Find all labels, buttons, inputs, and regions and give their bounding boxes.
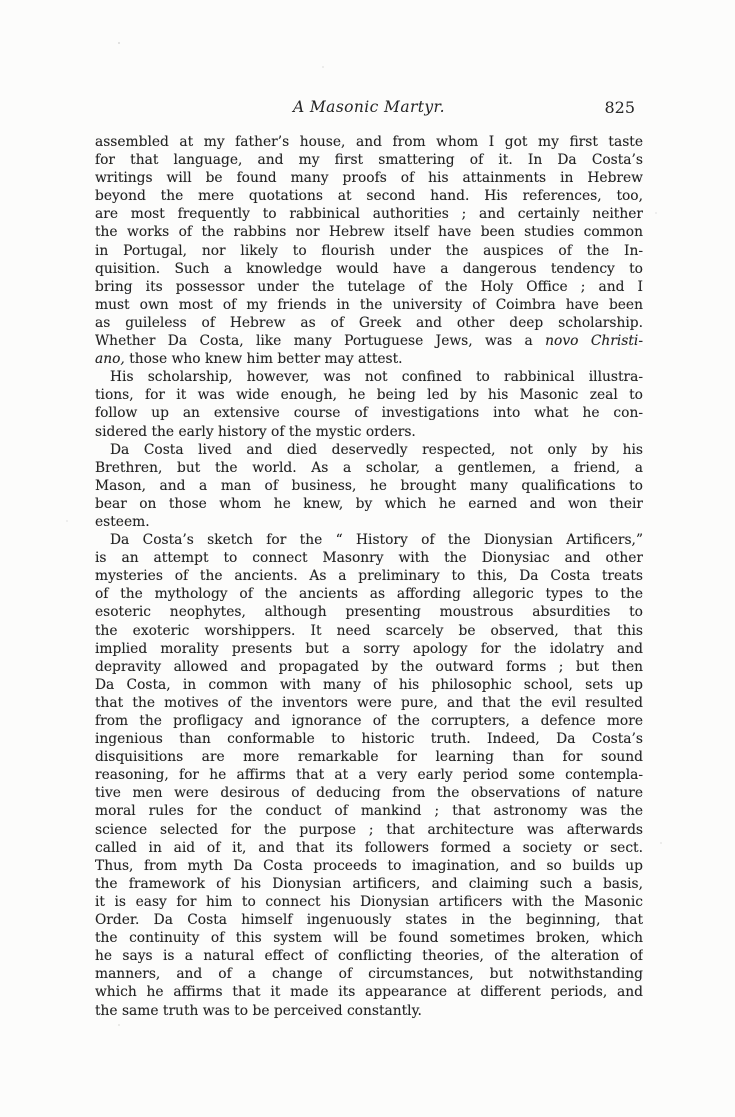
text-line: of the mythology of the ancients as affo… (95, 585, 643, 603)
text-line: in Portugal, nor likely to flourish unde… (95, 242, 643, 260)
paragraph: His scholarship, however, was not confin… (95, 368, 643, 440)
text-line: moral rules for the conduct of mankind ;… (95, 802, 643, 820)
scan-speck (118, 42, 120, 44)
paragraph: assembled at my father’s house, and from… (95, 133, 643, 368)
paragraph: Da Costa lived and died deservedly respe… (95, 441, 643, 531)
text-line: bring its possessor under the tutelage o… (95, 278, 643, 296)
text-line: Order. Da Costa himself ingenuously stat… (95, 911, 643, 929)
text-line: Da Costa’s sketch for the “ History of t… (95, 531, 643, 549)
scan-speck (660, 842, 662, 844)
text-line: manners, and of a change of circumstance… (95, 965, 643, 983)
text-line: writings will be found many proofs of hi… (95, 169, 643, 187)
text-line: Brethren, but the world. As a scholar, a… (95, 459, 643, 477)
text-line: the same truth was to be perceived const… (95, 1002, 643, 1020)
text-line: Whether Da Costa, like many Portuguese J… (95, 332, 643, 350)
text-line: reasoning, for he affirms that at a very… (95, 766, 643, 784)
text-line: the continuity of this system will be fo… (95, 929, 643, 947)
running-header: A Masonic Martyr. 825 (95, 98, 643, 118)
text-line: for that language, and my first smatteri… (95, 151, 643, 169)
text-line: called in aid of it, and that its follow… (95, 839, 643, 857)
text-line: tive men were desirous of deducing from … (95, 784, 643, 802)
text-line: esteem. (95, 513, 643, 531)
text-line: ano, those who knew him better may attes… (95, 350, 643, 368)
text-line: bear on those whom he knew, by which he … (95, 495, 643, 513)
scan-speck (118, 1024, 120, 1026)
scanned-page: A Masonic Martyr. 825 assembled at my fa… (0, 0, 735, 1117)
text-line: science selected for the purpose ; that … (95, 821, 643, 839)
text-line: His scholarship, however, was not confin… (95, 368, 643, 386)
text-line: mysteries of the ancients. As a prelimin… (95, 567, 643, 585)
paragraph: Da Costa’s sketch for the “ History of t… (95, 531, 643, 1020)
italic-text: ano, (95, 351, 125, 367)
text-line: it is easy for him to connect his Dionys… (95, 893, 643, 911)
text-line: depravity allowed and propagated by the … (95, 658, 643, 676)
text-line: the framework of his Dionysian artificer… (95, 875, 643, 893)
page-number: 825 (604, 98, 635, 117)
text-line: esoteric neophytes, although presenting … (95, 603, 643, 621)
scan-speck (322, 66, 324, 68)
text-line: are most frequently to rabbinical author… (95, 205, 643, 223)
text-line: follow up an extensive course of investi… (95, 404, 643, 422)
text-line: he says is a natural effect of conflicti… (95, 947, 643, 965)
text-line: Mason, and a man of business, he brought… (95, 477, 643, 495)
text-line: the exoteric worshippers. It need scarce… (95, 622, 643, 640)
text-line: sidered the early history of the mystic … (95, 423, 643, 441)
text-line: assembled at my father’s house, and from… (95, 133, 643, 151)
text-line: beyond the mere quotations at second han… (95, 187, 643, 205)
text-line: as guileless of Hebrew as of Greek and o… (95, 314, 643, 332)
scan-speck (66, 520, 68, 522)
text-block: assembled at my father’s house, and from… (95, 133, 643, 1020)
italic-text: novo Christi- (545, 333, 643, 349)
text-line: which he affirms that it made its appear… (95, 983, 643, 1001)
text-line: that the motives of the inventors were p… (95, 694, 643, 712)
text-line: disquisitions are more remarkable for le… (95, 748, 643, 766)
text-line: Da Costa, in common with many of his phi… (95, 676, 643, 694)
text-line: ingenious than conformable to historic t… (95, 730, 643, 748)
text-line: quisition. Such a knowledge would have a… (95, 260, 643, 278)
text-line: tions, for it was wide enough, he being … (95, 386, 643, 404)
text-line: from the profligacy and ignorance of the… (95, 712, 643, 730)
text-line: Da Costa lived and died deservedly respe… (95, 441, 643, 459)
running-header-title: A Masonic Martyr. (95, 98, 643, 116)
text-line: is an attempt to connect Masonry with th… (95, 549, 643, 567)
text-line: the works of the rabbins nor Hebrew itse… (95, 223, 643, 241)
scan-speck (655, 212, 657, 214)
text-line: Thus, from myth Da Costa proceeds to ima… (95, 857, 643, 875)
text-line: implied morality presents but a sorry ap… (95, 640, 643, 658)
text-line: must own most of my friends in the unive… (95, 296, 643, 314)
